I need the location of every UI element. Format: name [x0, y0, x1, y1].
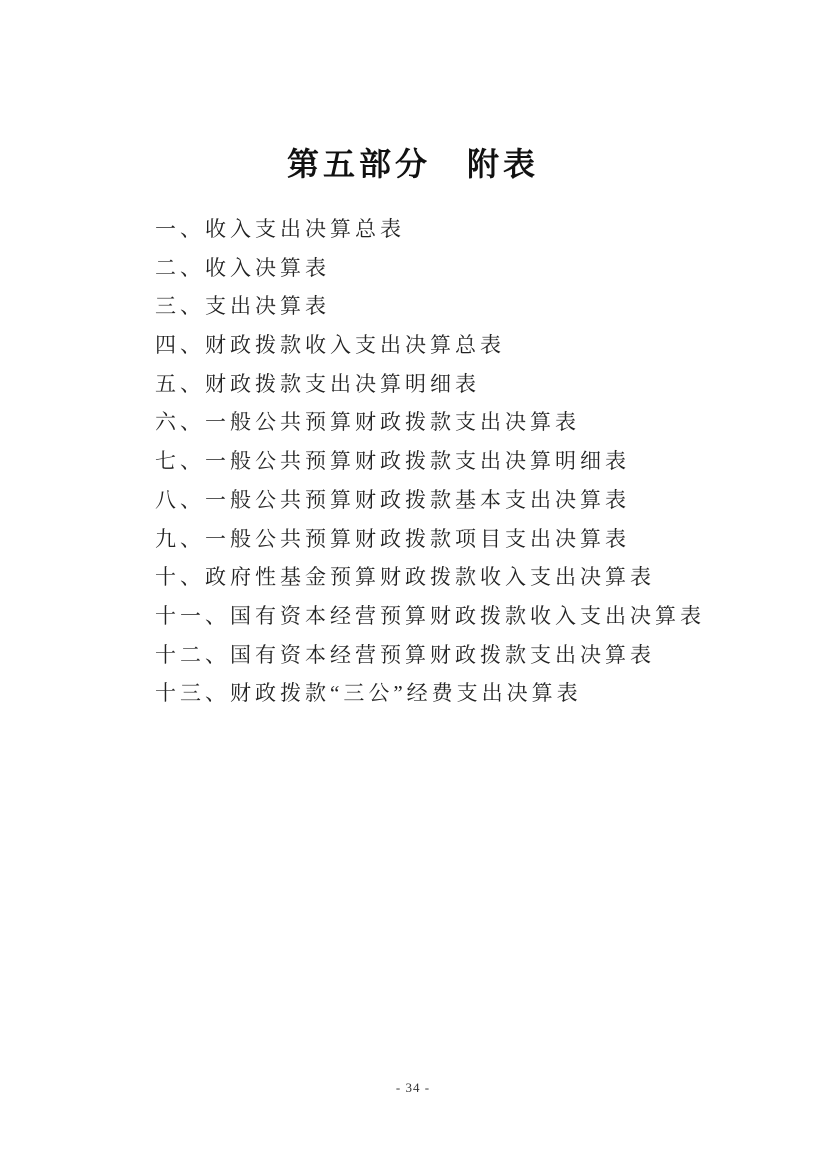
list-item: 十一、国有资本经营预算财政拨款收入支出决算表	[155, 597, 766, 636]
list-item: 二、收入决算表	[155, 249, 766, 288]
list-item: 十、政府性基金预算财政拨款收入支出决算表	[155, 558, 766, 597]
list-item: 十三、财政拨款“三公”经费支出决算表	[155, 674, 766, 713]
toc-list: 一、收入支出决算总表 二、收入决算表 三、支出决算表 四、财政拨款收入支出决算总…	[155, 210, 766, 713]
list-item: 五、财政拨款支出决算明细表	[155, 365, 766, 404]
page-title: 第五部分 附表	[0, 144, 826, 184]
list-item: 十二、国有资本经营预算财政拨款支出决算表	[155, 636, 766, 675]
list-item: 三、支出决算表	[155, 287, 766, 326]
document-page: 第五部分 附表 一、收入支出决算总表 二、收入决算表 三、支出决算表 四、财政拨…	[0, 0, 826, 1169]
list-item: 九、一般公共预算财政拨款项目支出决算表	[155, 520, 766, 559]
list-item: 七、一般公共预算财政拨款支出决算明细表	[155, 442, 766, 481]
list-item: 六、一般公共预算财政拨款支出决算表	[155, 403, 766, 442]
list-item: 四、财政拨款收入支出决算总表	[155, 326, 766, 365]
page-number: - 34 -	[0, 1080, 826, 1096]
list-item: 八、一般公共预算财政拨款基本支出决算表	[155, 481, 766, 520]
list-item: 一、收入支出决算总表	[155, 210, 766, 249]
